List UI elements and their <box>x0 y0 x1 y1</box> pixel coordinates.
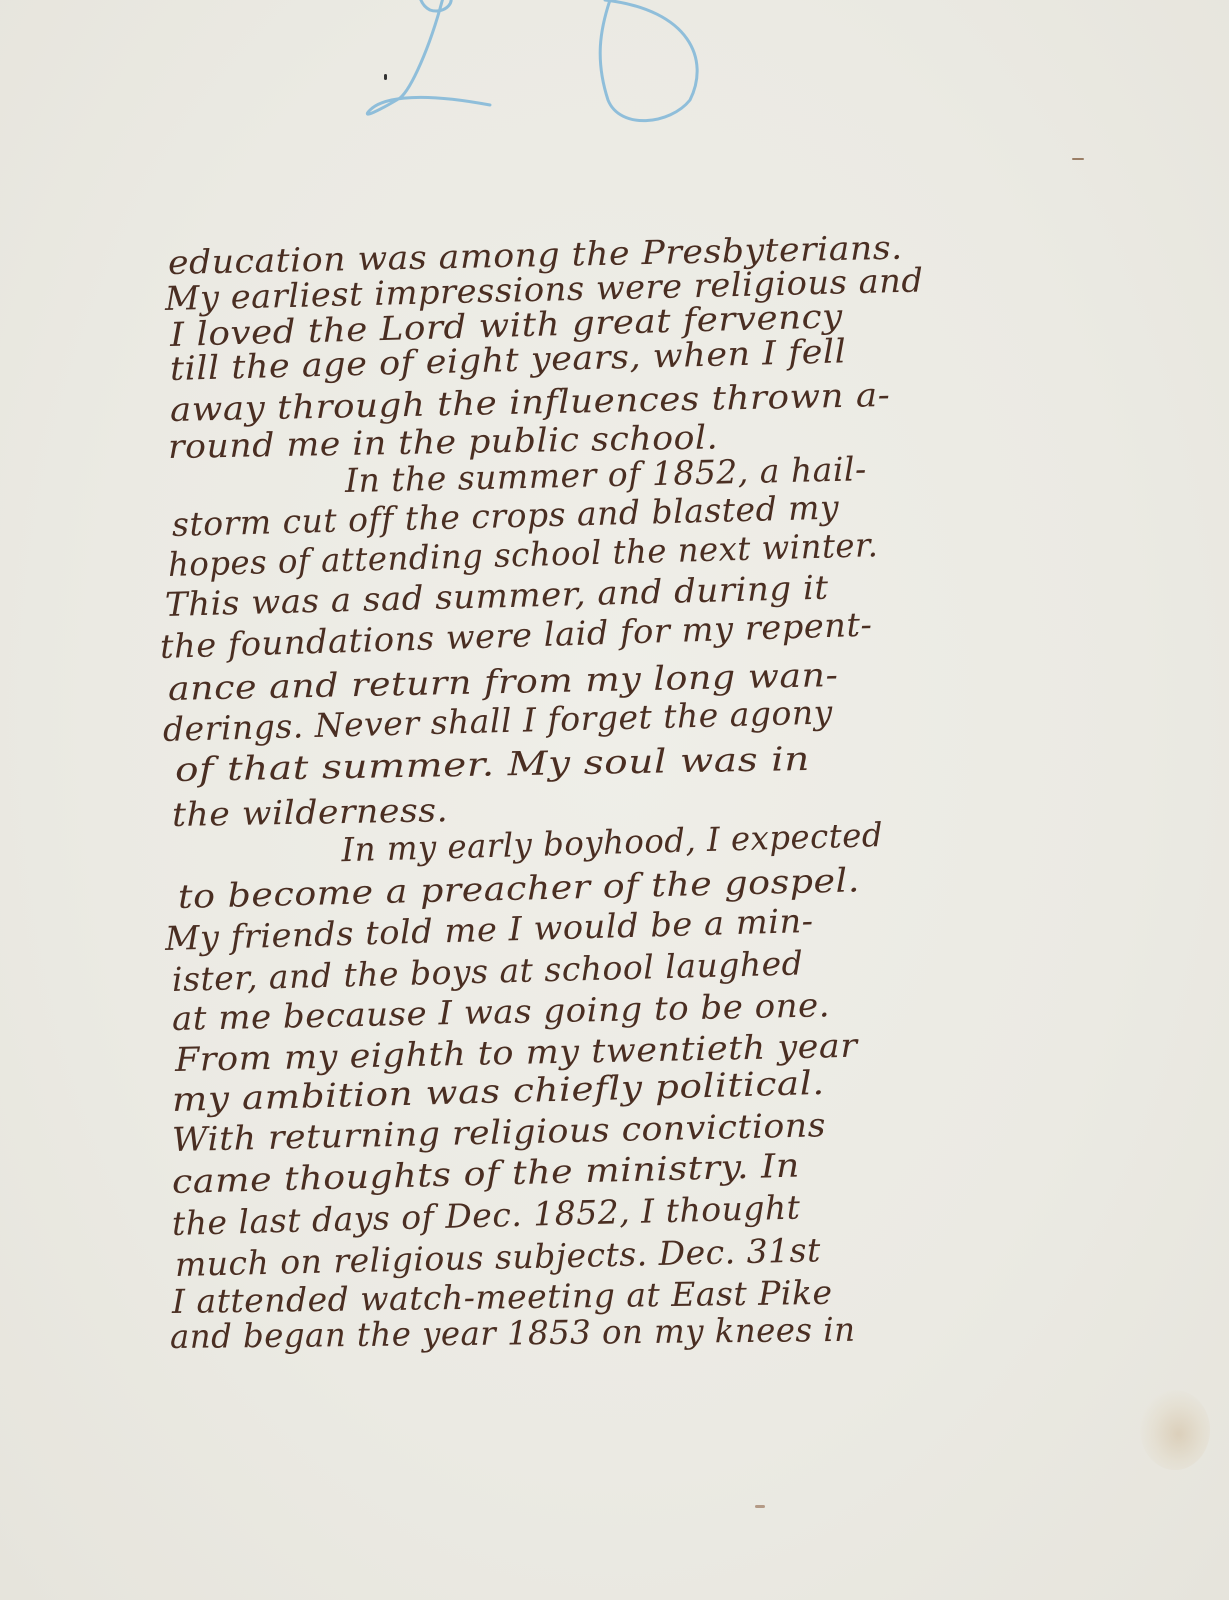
paper-mark <box>1072 158 1084 160</box>
folio-number-28-icon <box>350 0 730 140</box>
ink-speck <box>384 74 387 80</box>
folio-number-pencil-mark <box>350 0 730 140</box>
manuscript-line: of that summer. My soul was in <box>175 742 810 786</box>
foxing-stain <box>1140 1390 1210 1470</box>
paper-mark <box>755 1505 765 1508</box>
manuscript-line: and began the year 1853 on my knees in <box>170 1313 856 1353</box>
manuscript-line: the wilderness. <box>172 793 449 831</box>
manuscript-page: education was among the Presbyterians. M… <box>0 0 1229 1600</box>
